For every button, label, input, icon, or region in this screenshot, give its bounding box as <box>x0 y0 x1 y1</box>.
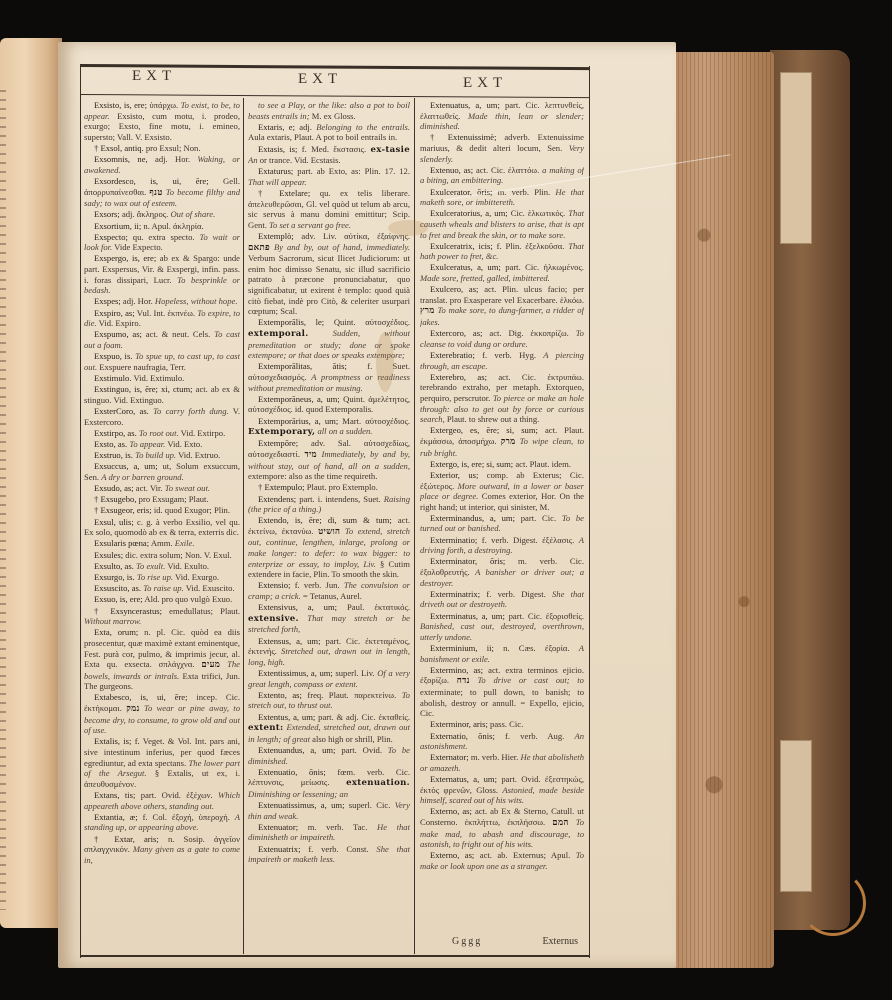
entry-headword: Extercoro, as; <box>430 328 482 338</box>
entry-headword: Exulcero, as; <box>430 284 478 294</box>
entry-gloss: By and by, out of hand, immediately. <box>274 242 410 252</box>
entry-headword: Externo, as; <box>430 806 472 816</box>
left-page-edge <box>0 38 62 928</box>
entry-headword: † Exsugebo, <box>94 494 137 504</box>
entry-grammar: act. Vir. <box>136 483 163 493</box>
dictionary-entry: Exstimulo. Vid. Extimulo. <box>84 373 240 384</box>
entry-grammar: act. Dig. ἐκκοπρίζω. <box>489 328 568 338</box>
entry-headword: Extenuatio, ōnis; <box>258 767 326 777</box>
entry-gloss: To sweat out. <box>165 483 210 493</box>
paper-repair-tab-top <box>780 72 812 244</box>
entry-headword: Exterminator, ōris; <box>430 556 505 566</box>
entry-headword: Exspergo, is, ere; <box>94 253 156 263</box>
entry-headword: Exterminor, aris; <box>430 719 488 729</box>
dictionary-entry: Exsuo, is, ere; Ald. pro quo vulgò Exuo. <box>84 594 240 605</box>
entry-headword: Exsularis pœna; <box>94 538 149 548</box>
entry-blackletter: הושיט <box>318 527 340 537</box>
dictionary-entry: Exsortium, ii; n. Apul. ἀκληρία. <box>84 221 240 232</box>
dictionary-entry: † Extelare; qu. ex telis liberare. ἀπελε… <box>248 188 410 230</box>
entry-headword: Exterminatio; <box>430 535 477 545</box>
entry-grammar: m. verb. Hier. <box>471 752 519 762</box>
entry-grammar: freq. Plaut. παρεκτείνω. <box>307 690 396 700</box>
entry-grammar: part. i. intendens, Suet. <box>299 494 381 504</box>
entry-grammar: f. verb. Const. <box>308 844 368 854</box>
entry-gloss: To set a servant go free. <box>269 220 351 230</box>
dictionary-entry: † Extenuissimè; adverb. Extenuissime mar… <box>420 132 584 164</box>
entry-grammar: part. Cic. ἡλκωμένος. <box>505 262 584 272</box>
entry-continuation: exterminate; to pull down, to banish; to… <box>420 687 584 718</box>
entry-grammar: part. & adj. Cic. ἐκταθείς. <box>318 712 410 722</box>
dictionary-entry: Extensus, a, um; part. Cic. ἐκτεταμένος,… <box>248 636 410 668</box>
entry-grammar: Amm. <box>151 538 173 548</box>
paper-repair-tab-bottom <box>780 740 812 892</box>
dictionary-entry: Exsordesco, is, ui, ēre; Gell. ἀπορρυπαί… <box>84 176 240 209</box>
entry-headword: Exstirpo, as. <box>94 428 137 438</box>
entry-headword: Extemporālis, le; <box>258 317 324 327</box>
entry-headword: Extergeo, es, ēre; si, sum; <box>430 425 538 435</box>
column-2: to see a Play, or the like: also a pot t… <box>248 100 410 952</box>
entry-headword: Externator; <box>430 752 469 762</box>
entry-continuation: Vid. Exurgo. <box>175 572 219 582</box>
entry-gloss: Out of share. <box>170 209 215 219</box>
entry-headword: Exterebratio; <box>430 350 475 360</box>
entry-headword: Exulceratus, a, um; <box>430 262 501 272</box>
dictionary-entry: Extensio; f. verb. Jun. The convulsion o… <box>248 580 410 601</box>
entry-grammar: part. ab Exto, as: Plin. 17. 12. <box>297 166 410 176</box>
dictionary-entry: Exspiro, as; Vul. Int. ἐκπνέω. To expire… <box>84 308 240 329</box>
entry-continuation: Plaut. to shrew out a thing. <box>447 414 539 424</box>
entry-headword: Exstruo, is. <box>94 450 133 460</box>
dictionary-entry: Exsudo, as; act. Vir. To sweat out. <box>84 483 240 494</box>
entry-blackletter: extensive. <box>248 614 299 624</box>
entry-headword: Exterior, us; <box>430 470 478 480</box>
entry-headword: Extensus, a, um; <box>258 636 321 646</box>
entry-blackletter: פתאם <box>248 243 270 253</box>
dictionary-entry: Exterminatrix; f. verb. Digest. She that… <box>420 589 584 610</box>
dictionary-entry: Externatus, a, um; part. Ovid. ἐξεστηκώς… <box>420 774 584 806</box>
entry-headword: Extasis, is; <box>258 144 297 154</box>
entry-grammar: pro Exsugam; Plaut. <box>139 494 209 504</box>
entry-grammar: Paul. ἐκτατικός. <box>347 602 410 612</box>
dictionary-entry: † Exsyncerastus; emedullatus; Plaut. Wit… <box>84 606 240 627</box>
entry-headword: Extaris, e; <box>258 122 295 132</box>
entry-headword: Exsuscito, as. <box>94 583 141 593</box>
entry-grammar: act. & neut. Cels. <box>146 329 211 339</box>
entry-grammar: act. Cic. ἐλαττόω. <box>476 165 539 175</box>
entry-continuation: extempore: also as the time requireth. <box>248 471 377 481</box>
running-head-right: EXT <box>463 75 507 92</box>
entry-grammar: f. Col. ἐξοχή, ὑπεροχή. <box>143 812 230 822</box>
entry-gloss: Banished, cast out, destroyed, overthrow… <box>420 621 584 642</box>
entry-grammar: Plaut. pro Extemplo. <box>307 482 378 492</box>
dictionary-entry: Exstirpo, as. To root out. Vid. Extirpo. <box>84 428 240 439</box>
entry-grammar: emedullatus; Plaut. <box>169 606 240 616</box>
dictionary-entry: Extentus, a, um; part. & adj. Cic. ἐκταθ… <box>248 712 410 745</box>
entry-gloss: Without marrow. <box>84 616 141 626</box>
dictionary-entry: † Extempulo; Plaut. pro Extemplo. <box>248 482 410 493</box>
dictionary-entry: Exulceratrix, icis; f. Plin. ἐξελκοῦσα. … <box>420 241 584 262</box>
dictionary-entry: Extenuatio, ōnis; fœm. verb. Cic. λέπτυν… <box>248 767 410 800</box>
entry-blackletter: מרק <box>501 437 516 447</box>
entry-grammar: act. Plaut. idem. <box>515 459 571 469</box>
entry-gloss: Exile. <box>175 538 195 548</box>
dictionary-entry: Extendens; part. i. intendens, Suet. Rai… <box>248 494 410 515</box>
dictionary-entry: Exsomnis, ne, adj. Hor. Waking, or awake… <box>84 154 240 175</box>
entry-headword: Exspecto; <box>94 232 128 242</box>
entry-headword: Exsors; <box>94 209 120 219</box>
entry-gloss: To rise up. <box>137 572 173 582</box>
entry-grammar: part. Cic. <box>521 513 556 523</box>
dictionary-entry: Extans, tis; part. Ovid. ἐξέχων. Which a… <box>84 790 240 811</box>
entry-continuation: Vid. Extirpo. <box>181 428 226 438</box>
entry-grammar: Ald. pro quo vulgò Exuo. <box>144 594 232 604</box>
entry-headword: † Extempulo; <box>258 482 305 492</box>
dictionary-entry: Exstruo, is. To build up. Vid. Extruo. <box>84 450 240 461</box>
entry-grammar: superl. Liv. <box>335 668 374 678</box>
entry-gloss: Made sore, fretted, galled, imbittered. <box>420 273 550 283</box>
entry-headword: Extenuatissimus, a, um; <box>258 800 344 810</box>
entry-grammar: qu. extra specto. <box>133 232 195 242</box>
entry-headword: Extendens; <box>258 494 296 504</box>
entry-continuation: Vide Expecto. <box>114 242 163 252</box>
dictionary-entry: Exsul, ulis; c. g. à verbo Exsilio, vel … <box>84 517 240 538</box>
entry-grammar: Mart. αὐτοσχέδιος. <box>342 416 410 426</box>
entry-headword: Extans, tis; <box>94 790 135 800</box>
entry-headword: Externatus, a, um; <box>430 774 497 784</box>
entry-headword: Extento, as; <box>258 690 302 700</box>
entry-headword: Exsto, as. <box>94 439 127 449</box>
dictionary-entry: Extento, as; freq. Plaut. παρεκτείνω. To… <box>248 690 410 711</box>
entry-headword: Exsules; <box>94 550 123 560</box>
dictionary-entry: † Exsol, antiq. pro Exsul; Non. <box>84 143 240 154</box>
dictionary-entry: Extalis, is; f. Veget. & Vol. Int. pars … <box>84 736 240 789</box>
entry-grammar: adj. Hor. <box>123 296 153 306</box>
dictionary-entry: Exterior, us; comp. ab Exterus; Cic. ἐξώ… <box>420 470 584 512</box>
dictionary-entry: Extercoro, as; act. Dig. ἐκκοπρίζω. To c… <box>420 328 584 349</box>
entry-blackletter: מעים <box>201 660 220 670</box>
entry-headword: Exterminatus, a, um; <box>430 611 505 621</box>
entry-grammar: adj. ἄκληρος. <box>122 209 168 219</box>
dictionary-entry: Extempōre; adv. Sal. αὐτοσχεδίως, αὐτοσχ… <box>248 438 410 481</box>
entry-continuation: also high or shrill, Plin. <box>312 734 393 744</box>
entry-headword: Exulceratrix, icis; <box>430 241 493 251</box>
entry-headword: Extenuatus, a, um; <box>430 100 500 110</box>
dictionary-entry: Extasis, is; f. Med. ἔκστασις. ex-tasie … <box>248 144 410 166</box>
entry-headword: Extergo, is, ere; si, sum; <box>430 459 513 469</box>
dictionary-entry: Exterminium, ii; n. Cæs. ἐξορία. A banis… <box>420 643 584 664</box>
entry-gloss: To appear. <box>129 439 165 449</box>
entry-gloss: all on a sudden. <box>318 426 373 436</box>
column-divider <box>243 98 244 954</box>
entry-headword: Exterminatrix; <box>430 589 480 599</box>
dictionary-entry: Exsulto, as. To exult. Vid. Exulto. <box>84 561 240 572</box>
entry-grammar: adj. <box>299 122 312 132</box>
entry-continuation: Vid. Exto. <box>167 439 202 449</box>
dictionary-entry: Exsuccus, a, um; ut, Solum exsuccum, Sen… <box>84 461 240 482</box>
dictionary-entry: Extermino, as; act. extra terminos ejici… <box>420 665 584 719</box>
dictionary-entry: Extantia, æ; f. Col. ἐξοχή, ὑπεροχή. A s… <box>84 812 240 833</box>
entry-headword: ExsterCoro, as. <box>94 406 149 416</box>
entry-headword: Extendo, is, ēre; di, sum & tum; <box>258 515 392 525</box>
dictionary-entry: † Exsugeor, eris; id. quod Exugor; Plin. <box>84 505 240 516</box>
entry-headword: Exspumo, as; <box>94 329 142 339</box>
dictionary-entry: Exterminatus, a, um; part. Cic. ἐξορισθε… <box>420 611 584 643</box>
entry-continuation: Vid. Exuscito. <box>186 583 235 593</box>
dictionary-entry: Exsurgo, is. To rise up. Vid. Exurgo. <box>84 572 240 583</box>
entry-headword: Exsulto, as. <box>94 561 134 571</box>
dictionary-entry: Exsisto, is, ere; ὑπάρχω. To exist, to b… <box>84 100 240 142</box>
column-1: Exsisto, is, ere; ὑπάρχω. To exist, to b… <box>84 100 240 952</box>
bottom-rule <box>80 955 590 957</box>
column-3: Extenuatus, a, um; part. Cic. λεπτυνθείς… <box>420 100 584 952</box>
entry-gloss: An <box>248 155 258 165</box>
dictionary-entry: Extergeo, es, ēre; si, sum; act. Plaut. … <box>420 425 584 458</box>
entry-grammar: part. Ovid. ἐξέχων. <box>141 790 213 800</box>
entry-gloss: To build up. <box>135 450 176 460</box>
entry-blackletter: טנף <box>149 188 162 198</box>
dictionary-entry: Extabesco, is, ui, ēre; incep. Cic. ἐκτή… <box>84 692 240 735</box>
dictionary-entry: † Exsugebo, pro Exsugam; Plaut. <box>84 494 240 505</box>
entry-headword: Extensio; <box>258 580 290 590</box>
entry-headword: Extemporālitas, ātis; <box>258 361 347 371</box>
entry-blackletter: המם <box>552 818 568 828</box>
entry-grammar: part. Ovid. <box>341 745 382 755</box>
dictionary-page: EXT EXT EXT Exsisto, is, ere; ὑπάρχω. To… <box>58 42 676 968</box>
left-page-text-fragment <box>0 90 6 910</box>
dictionary-entry: Exterebratio; f. verb. Hyg. A piercing t… <box>420 350 584 371</box>
dictionary-entry: Exterminandus, a, um; part. Cic. To be t… <box>420 513 584 534</box>
entry-grammar: act. ab. Externus; Apul. <box>480 850 571 860</box>
entry-headword: Exsisto, is, ere; <box>94 100 147 110</box>
entry-grammar: id. quod Exugor; Plin. <box>154 505 230 515</box>
entry-headword: Exspiro, as; <box>94 308 135 318</box>
entry-grammar: Vid. Extimulo. <box>133 373 184 383</box>
entry-headword: Extalis, is; <box>94 736 131 746</box>
dictionary-entry: Extensivus, a, um; Paul. ἐκτατικός. exte… <box>248 602 410 635</box>
page-footer: Gggg Externus <box>80 936 588 952</box>
entry-headword: Extabesco, is, ui, ēre; <box>94 692 188 702</box>
dictionary-entry: Extentissimus, a, um; superl. Liv. Of a … <box>248 668 410 689</box>
foxing-stain <box>376 332 394 392</box>
running-heads: EXT EXT EXT <box>80 68 588 92</box>
dictionary-entry: Exspumo, as; act. & neut. Cels. To cast … <box>84 329 240 350</box>
dictionary-entry: Extemporāneus, a, um; Quint. ἀμελέτητος,… <box>248 394 410 415</box>
entry-headword: Exterminandus, a, um; <box>430 513 515 523</box>
signature-mark: Gggg <box>452 936 482 947</box>
entry-headword: Extemporāneus, a, um; <box>258 394 340 404</box>
entry-continuation: Aula extaris, Plaut. A pot to boil entra… <box>248 132 397 142</box>
dictionary-entry: Extaris, e; adj. Belonging to the entrai… <box>248 122 410 143</box>
entry-gloss: To raise up. <box>143 583 184 593</box>
entry-headword: Exsurgo, is. <box>94 572 135 582</box>
running-head-left: EXT <box>132 68 176 85</box>
entry-continuation: or trance. Vid. Ecstasis. <box>260 155 341 165</box>
dictionary-entry: Exulceratus, a, um; part. Cic. ἡλκωμένος… <box>420 262 584 283</box>
dictionary-entry: Exsors; adj. ἄκληρος. Out of share. <box>84 209 240 220</box>
entry-headword: Extemporārius, a, um; <box>258 416 338 426</box>
dictionary-entry: Extenuatissimus, a, um; superl. Cic. Ver… <box>248 800 410 821</box>
dictionary-entry: Extergo, is, ere; si, sum; act. Plaut. i… <box>420 459 584 470</box>
entry-grammar: f. verb. Digest. <box>486 589 545 599</box>
entry-grammar: superl. Cic. <box>349 800 391 810</box>
entry-headword: † Exsyncerastus; <box>94 606 162 616</box>
dictionary-entry: Exsularis pœna; Amm. Exile. <box>84 538 240 549</box>
entry-grammar: f. Med. ἔκστασις. <box>302 144 366 154</box>
dictionary-entry: Exsules; dic. extra solum; Non. V. Exul. <box>84 550 240 561</box>
dictionary-entry: Exulcero, as; act. Plin. ulcus facio; pe… <box>420 284 584 327</box>
foxing-stain <box>388 220 428 236</box>
entry-headword: Extentus, a, um; <box>258 712 315 722</box>
entry-grammar: dic. extra solum; Non. V. Exul. <box>125 550 231 560</box>
entry-headword: Exsomnis, ne, <box>94 154 148 164</box>
entry-grammar: f. verb. Jun. <box>295 580 340 590</box>
dictionary-entry: Externatio, ōnis; f. verb. Aug. An aston… <box>420 731 584 752</box>
dictionary-entry: to see a Play, or the like: also a pot t… <box>248 100 410 121</box>
entry-blackletter: extent: <box>248 723 284 733</box>
entry-grammar: Quint. αὐτοσχέδιος. <box>334 317 410 327</box>
entry-grammar: ὑπάρχω. <box>149 100 178 110</box>
entry-gloss: A dry or barren ground. <box>101 472 184 482</box>
entry-grammar: f. verb. Aug. <box>505 731 564 741</box>
dictionary-entry: Externo, as; act. ab. Externus; Apul. To… <box>420 850 584 871</box>
dictionary-entry: Extenuatus, a, um; part. Cic. λεπτυνθείς… <box>420 100 584 132</box>
entry-headword: Exsordesco, is, ui, ēre; <box>94 176 209 186</box>
dictionary-entry: Exterminatio; f. verb. Digest. ἐξέλασις.… <box>420 535 584 556</box>
entry-continuation: Vid. Exulto. <box>167 561 209 571</box>
entry-headword: Exsudo, as; <box>94 483 134 493</box>
entry-blackletter: Extemporary, <box>248 427 315 437</box>
dictionary-entry: Exspecto; qu. extra specto. To wait or l… <box>84 232 240 253</box>
entry-blackletter: ex-tasie <box>370 145 410 155</box>
entry-headword: Extenuator; <box>258 822 298 832</box>
entry-grammar: n. Cæs. ἐξορία. <box>503 643 569 653</box>
dictionary-entry: Extenuatrix; f. verb. Const. She that im… <box>248 844 410 865</box>
entry-continuation: M. ex Gloss. <box>312 111 356 121</box>
entry-headword: Exterminium, ii; <box>430 643 494 653</box>
entry-headword: Extentissimus, a, um; <box>258 668 333 678</box>
dictionary-entry: Extemporārius, a, um; Mart. αὐτοσχέδιος.… <box>248 416 410 438</box>
entry-blackletter: מרץ <box>420 306 435 316</box>
entry-headword: † Exsol, antiq. <box>94 143 144 153</box>
entry-gloss: To make sore, to dung-farmer, a ridder o… <box>420 305 584 327</box>
entry-headword: Exsuccus, a, um; <box>94 461 158 471</box>
entry-grammar: f. verb. Hyg. <box>482 350 536 360</box>
entry-headword: Extermino, as; <box>430 665 483 675</box>
entry-blackletter: extemporal. <box>248 329 309 339</box>
entry-grammar: m. verb. Tac. <box>308 822 368 832</box>
entry-gloss: To root out. <box>139 428 179 438</box>
dictionary-entry: Exta, orum; n. pl. Cic. quòd ea diis pro… <box>84 627 240 692</box>
entry-headword: Exsul, ulis; <box>94 517 134 527</box>
entry-gloss: That will appear. <box>248 177 307 187</box>
entry-headword: Exstinguo, is, ēre; xi, ctum; <box>94 384 193 394</box>
entry-headword: Extenuatrix; <box>258 844 300 854</box>
entry-headword: Exsortium, ii; <box>94 221 141 231</box>
entry-gloss: Diminishing or lessening; an <box>248 789 348 799</box>
entry-continuation: Vid. Extruo. <box>178 450 220 460</box>
entry-grammar: adj. Hor. <box>155 154 190 164</box>
entry-headword: Externo, as; <box>430 850 474 860</box>
entry-headword: † Extar, aris; <box>94 834 159 844</box>
entry-continuation: = Tetanus, Aurel. <box>303 591 362 601</box>
running-head-center: EXT <box>298 71 342 88</box>
entry-blackletter: נמק <box>126 704 139 714</box>
catchword: Externus <box>542 936 578 947</box>
dictionary-entry: Exspergo, is, ere; ab ex & Spargo: unde … <box>84 253 240 295</box>
entry-headword: Extaturus; <box>258 166 293 176</box>
dictionary-entry: Externo, as; act. ab Ex & Sterno, Catull… <box>420 806 584 849</box>
entry-headword: Externatio, ōnis; <box>430 731 495 741</box>
entry-blackletter: נדח <box>457 676 470 686</box>
entry-headword: † Extelare; <box>258 188 310 198</box>
dictionary-entry: Exterminor, aris; pass. Cic. <box>420 719 584 730</box>
dictionary-entry: Exterebro, as; act. Cic. ἐκτρυπάω. tereb… <box>420 372 584 425</box>
entry-grammar: pass. Cic. <box>490 719 523 729</box>
entry-grammar: f. verb. Digest. ἐξέλασις. <box>482 535 575 545</box>
dictionary-entry: Extemplò; adv. Liv. αὐτίκα, ἐξαίφνης. פת… <box>248 231 410 317</box>
entry-headword: Exterebro, as; <box>430 372 487 382</box>
dictionary-entry: Exsto, as. To appear. Vid. Exto. <box>84 439 240 450</box>
entry-headword: Extempōre; <box>258 438 298 448</box>
entry-headword: Extenuo, as; <box>430 165 473 175</box>
entry-grammar: n. Apul. ἀκληρία. <box>143 221 203 231</box>
entry-headword: Exspuo, is. <box>94 351 132 361</box>
entry-gloss: To drive or cast out; to <box>477 675 584 685</box>
dictionary-entry: Exstinguo, is, ēre; xi, ctum; act. ab ex… <box>84 384 240 405</box>
dictionary-entry: † Extar, aris; n. Sosip. ἀγγεῖον σπλαγχν… <box>84 834 240 866</box>
entry-continuation: Verbum Sacrorum, sicut Ilicet Judiciorum… <box>248 253 410 316</box>
entry-grammar: f. Plin. ἐξελκοῦσα. <box>497 241 565 251</box>
dictionary-entry: Extendo, is, ēre; di, sum & tum; act. ἐκ… <box>248 515 410 580</box>
entry-grammar: Vul. Int. ἐκπνέω. <box>137 308 195 318</box>
entry-gloss: Belonging to the entrails. <box>316 122 410 132</box>
dictionary-entry: Extenuator; m. verb. Tac. He that dimini… <box>248 822 410 843</box>
entry-headword: Exsuo, is, ere; <box>94 594 143 604</box>
entry-headword: Extensivus, a, um; <box>258 602 337 612</box>
entry-headword: Exspes; <box>94 296 121 306</box>
entry-headword: Extemplò; <box>258 231 294 241</box>
dictionary-entry: Extenuandus, a, um; part. Ovid. To be di… <box>248 745 410 766</box>
dictionary-entry: Extaturus; part. ab Exto, as: Plin. 17. … <box>248 166 410 187</box>
entry-continuation: Vid. Expiro. <box>99 318 141 328</box>
entry-headword: Extantia, æ; <box>94 812 138 822</box>
dictionary-entry: Exspuo, is. To spue up, to cast up, to c… <box>84 351 240 372</box>
entry-headword: † Exsugeor, eris; <box>94 505 152 515</box>
entry-grammar: pro Exsul; Non. <box>146 143 201 153</box>
entry-headword: Extenuandus, a, um; <box>258 745 336 755</box>
entry-grammar: part. Cic. ἐξορισθείς. <box>509 611 584 621</box>
entry-gloss: To exult. <box>136 561 165 571</box>
entry-headword: Exta, orum; <box>94 627 138 637</box>
entry-headword: Exstimulo. <box>94 373 131 383</box>
dictionary-entry: Exsuscito, as. To raise up. Vid. Exuscit… <box>84 583 240 594</box>
dictionary-entry: Exspes; adj. Hor. Hopeless, without hope… <box>84 296 240 307</box>
dictionary-entry: Externator; m. verb. Hier. He that aboli… <box>420 752 584 773</box>
entry-gloss: To carry forth dung. <box>153 406 229 416</box>
entry-blackletter: מיד <box>305 450 317 460</box>
entry-continuation: Exspuere naufragia, Terr. <box>99 362 186 372</box>
entry-gloss: Hopeless, without hope. <box>155 296 238 306</box>
dictionary-entry: ExsterCoro, as. To carry forth dung. V. … <box>84 406 240 427</box>
entry-blackletter: extenuation. <box>346 778 410 788</box>
entry-headword: † Extenuissimè; <box>430 132 497 142</box>
dictionary-entry: Exterminator, ōris; m. verb. Cic. ἐξολοθ… <box>420 556 584 588</box>
